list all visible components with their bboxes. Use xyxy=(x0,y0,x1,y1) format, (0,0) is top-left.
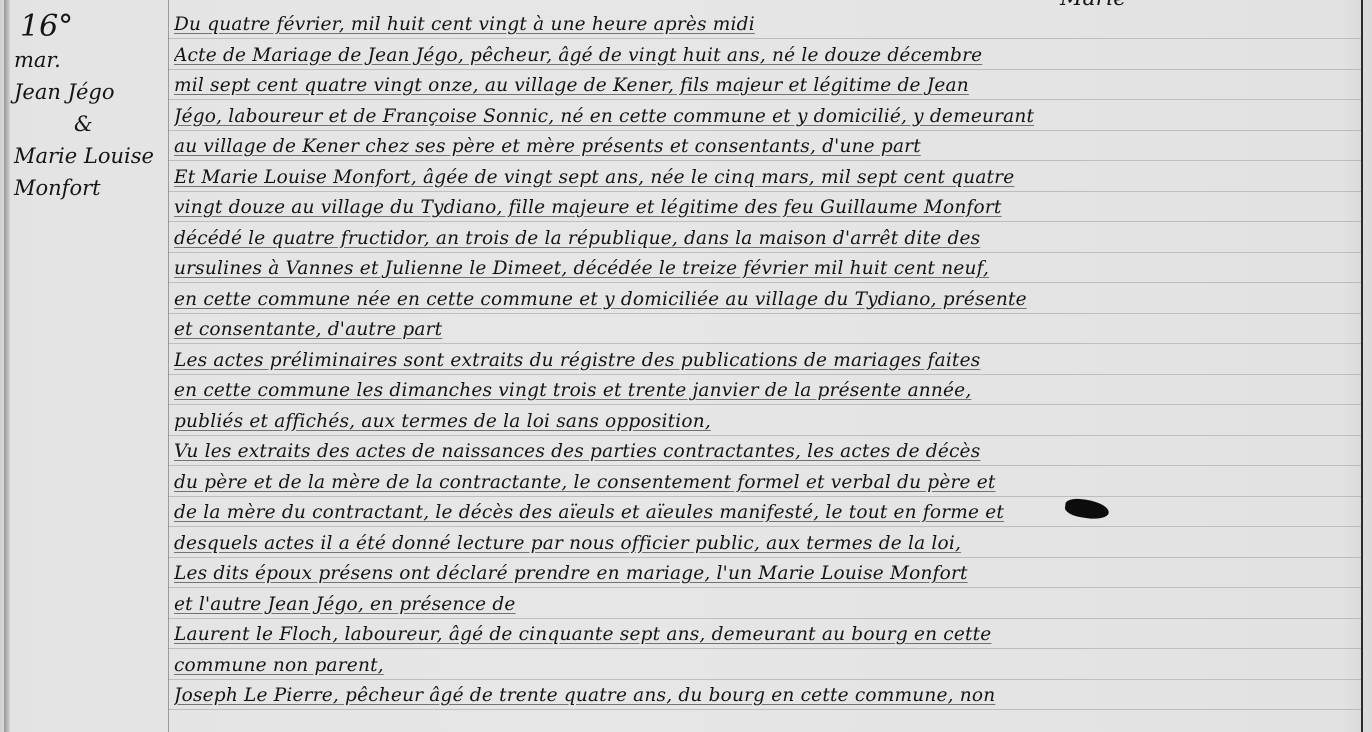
text-line: commune non parent, xyxy=(174,651,1354,682)
right-border-line xyxy=(1361,0,1363,732)
text-line: Et Marie Louise Monfort, âgée de vingt s… xyxy=(174,163,1354,194)
marriage-act-text: Du quatre février, mil huit cent vingt à… xyxy=(174,10,1354,712)
text-line: publiés et affichés, aux termes de la lo… xyxy=(174,407,1354,438)
text-line: en cette commune les dimanches vingt tro… xyxy=(174,376,1354,407)
text-line: et l'autre Jean Jégo, en présence de xyxy=(174,590,1354,621)
text-line: Joseph Le Pierre, pêcheur âgé de trente … xyxy=(174,681,1354,712)
bride-first-names: Marie Louise xyxy=(14,140,164,172)
text-line: du père et de la mère de la contractante… xyxy=(174,468,1354,499)
entry-type-mark: mar. xyxy=(14,44,164,76)
groom-name: Jean Jégo xyxy=(14,76,164,108)
text-line: Vu les extraits des actes de naissances … xyxy=(174,437,1354,468)
margin-annotation: 16° mar. Jean Jégo & Marie Louise Monfor… xyxy=(14,10,164,204)
entry-number: 16° xyxy=(14,10,164,44)
margin-rule-line xyxy=(168,0,169,732)
text-line: Les dits époux présens ont déclaré prend… xyxy=(174,559,1354,590)
text-line: Acte de Mariage de Jean Jégo, pêcheur, â… xyxy=(174,41,1354,72)
text-line: Laurent le Floch, laboureur, âgé de cinq… xyxy=(174,620,1354,651)
text-line: décédé le quatre fructidor, an trois de … xyxy=(174,224,1354,255)
text-line: ursulines à Vannes et Julienne le Dimeet… xyxy=(174,254,1354,285)
register-page: Marie 16° mar. Jean Jégo & Marie Louise … xyxy=(0,0,1372,732)
text-line: en cette commune née en cette commune et… xyxy=(174,285,1354,316)
text-line: au village de Kener chez ses père et mèr… xyxy=(174,132,1354,163)
binding-edge xyxy=(4,0,10,732)
text-line: desquels actes il a été donné lecture pa… xyxy=(174,529,1354,560)
text-line: Du quatre février, mil huit cent vingt à… xyxy=(174,10,1354,41)
text-line: de la mère du contractant, le décès des … xyxy=(174,498,1354,529)
text-line: Jégo, laboureur et de Françoise Sonnic, … xyxy=(174,102,1354,133)
text-line: mil sept cent quatre vingt onze, au vill… xyxy=(174,71,1354,102)
text-line: Les actes préliminaires sont extraits du… xyxy=(174,346,1354,377)
bride-surname: Monfort xyxy=(14,172,164,204)
text-line: et consentante, d'autre part xyxy=(174,315,1354,346)
ampersand: & xyxy=(14,108,164,140)
text-line: vingt douze au village du Tydiano, fille… xyxy=(174,193,1354,224)
